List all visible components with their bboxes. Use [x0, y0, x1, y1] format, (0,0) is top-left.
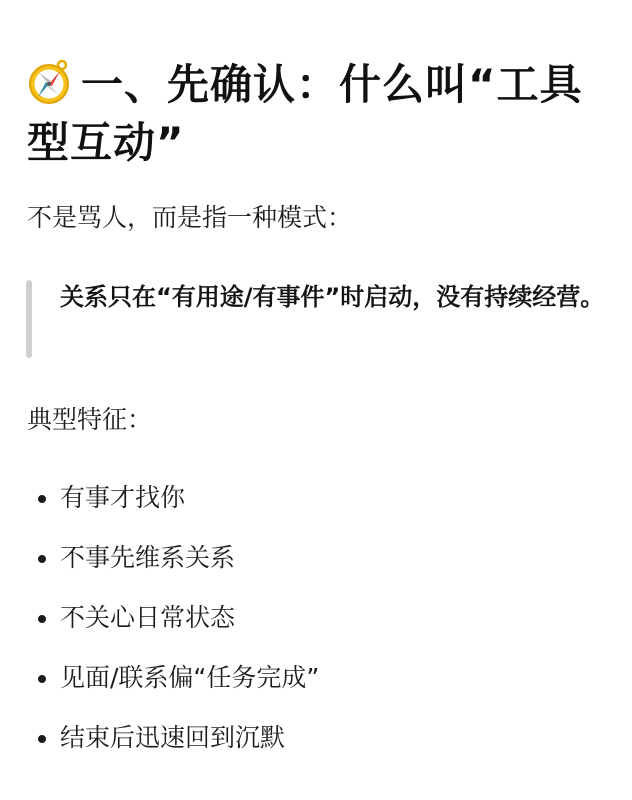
- list-item: 见面/联系偏“任务完成”: [38, 658, 319, 718]
- features-label: 典型特征：: [27, 402, 152, 438]
- list-item: 有事才找你: [38, 478, 319, 538]
- list-item: 不关心日常状态: [38, 598, 319, 658]
- intro-text: 不是骂人，而是指一种模式：: [27, 200, 352, 236]
- bullet-icon: [38, 735, 46, 743]
- section-heading: 一、先确认：什么叫“工具型互动”: [27, 56, 607, 172]
- heading-text: 一、先确认：什么叫“工具型互动”: [27, 60, 583, 167]
- list-item: 结束后迅速回到沉默: [38, 718, 319, 778]
- compass-icon: [27, 59, 73, 105]
- blockquote-bar: [26, 280, 32, 358]
- bullet-icon: [38, 615, 46, 623]
- bullet-icon: [38, 495, 46, 503]
- features-list: 有事才找你 不事先维系关系 不关心日常状态 见面/联系偏“任务完成” 结束后迅速…: [38, 478, 319, 778]
- list-item: 不事先维系关系: [38, 538, 319, 598]
- blockquote-text: 关系只在“有用途/有事件”时启动，没有持续经营。: [60, 278, 620, 316]
- article-page: 一、先确认：什么叫“工具型互动” 不是骂人，而是指一种模式： 关系只在“有用途/…: [0, 0, 632, 800]
- blockquote: 关系只在“有用途/有事件”时启动，没有持续经营。: [26, 278, 616, 358]
- bullet-icon: [38, 555, 46, 563]
- bullet-icon: [38, 675, 46, 683]
